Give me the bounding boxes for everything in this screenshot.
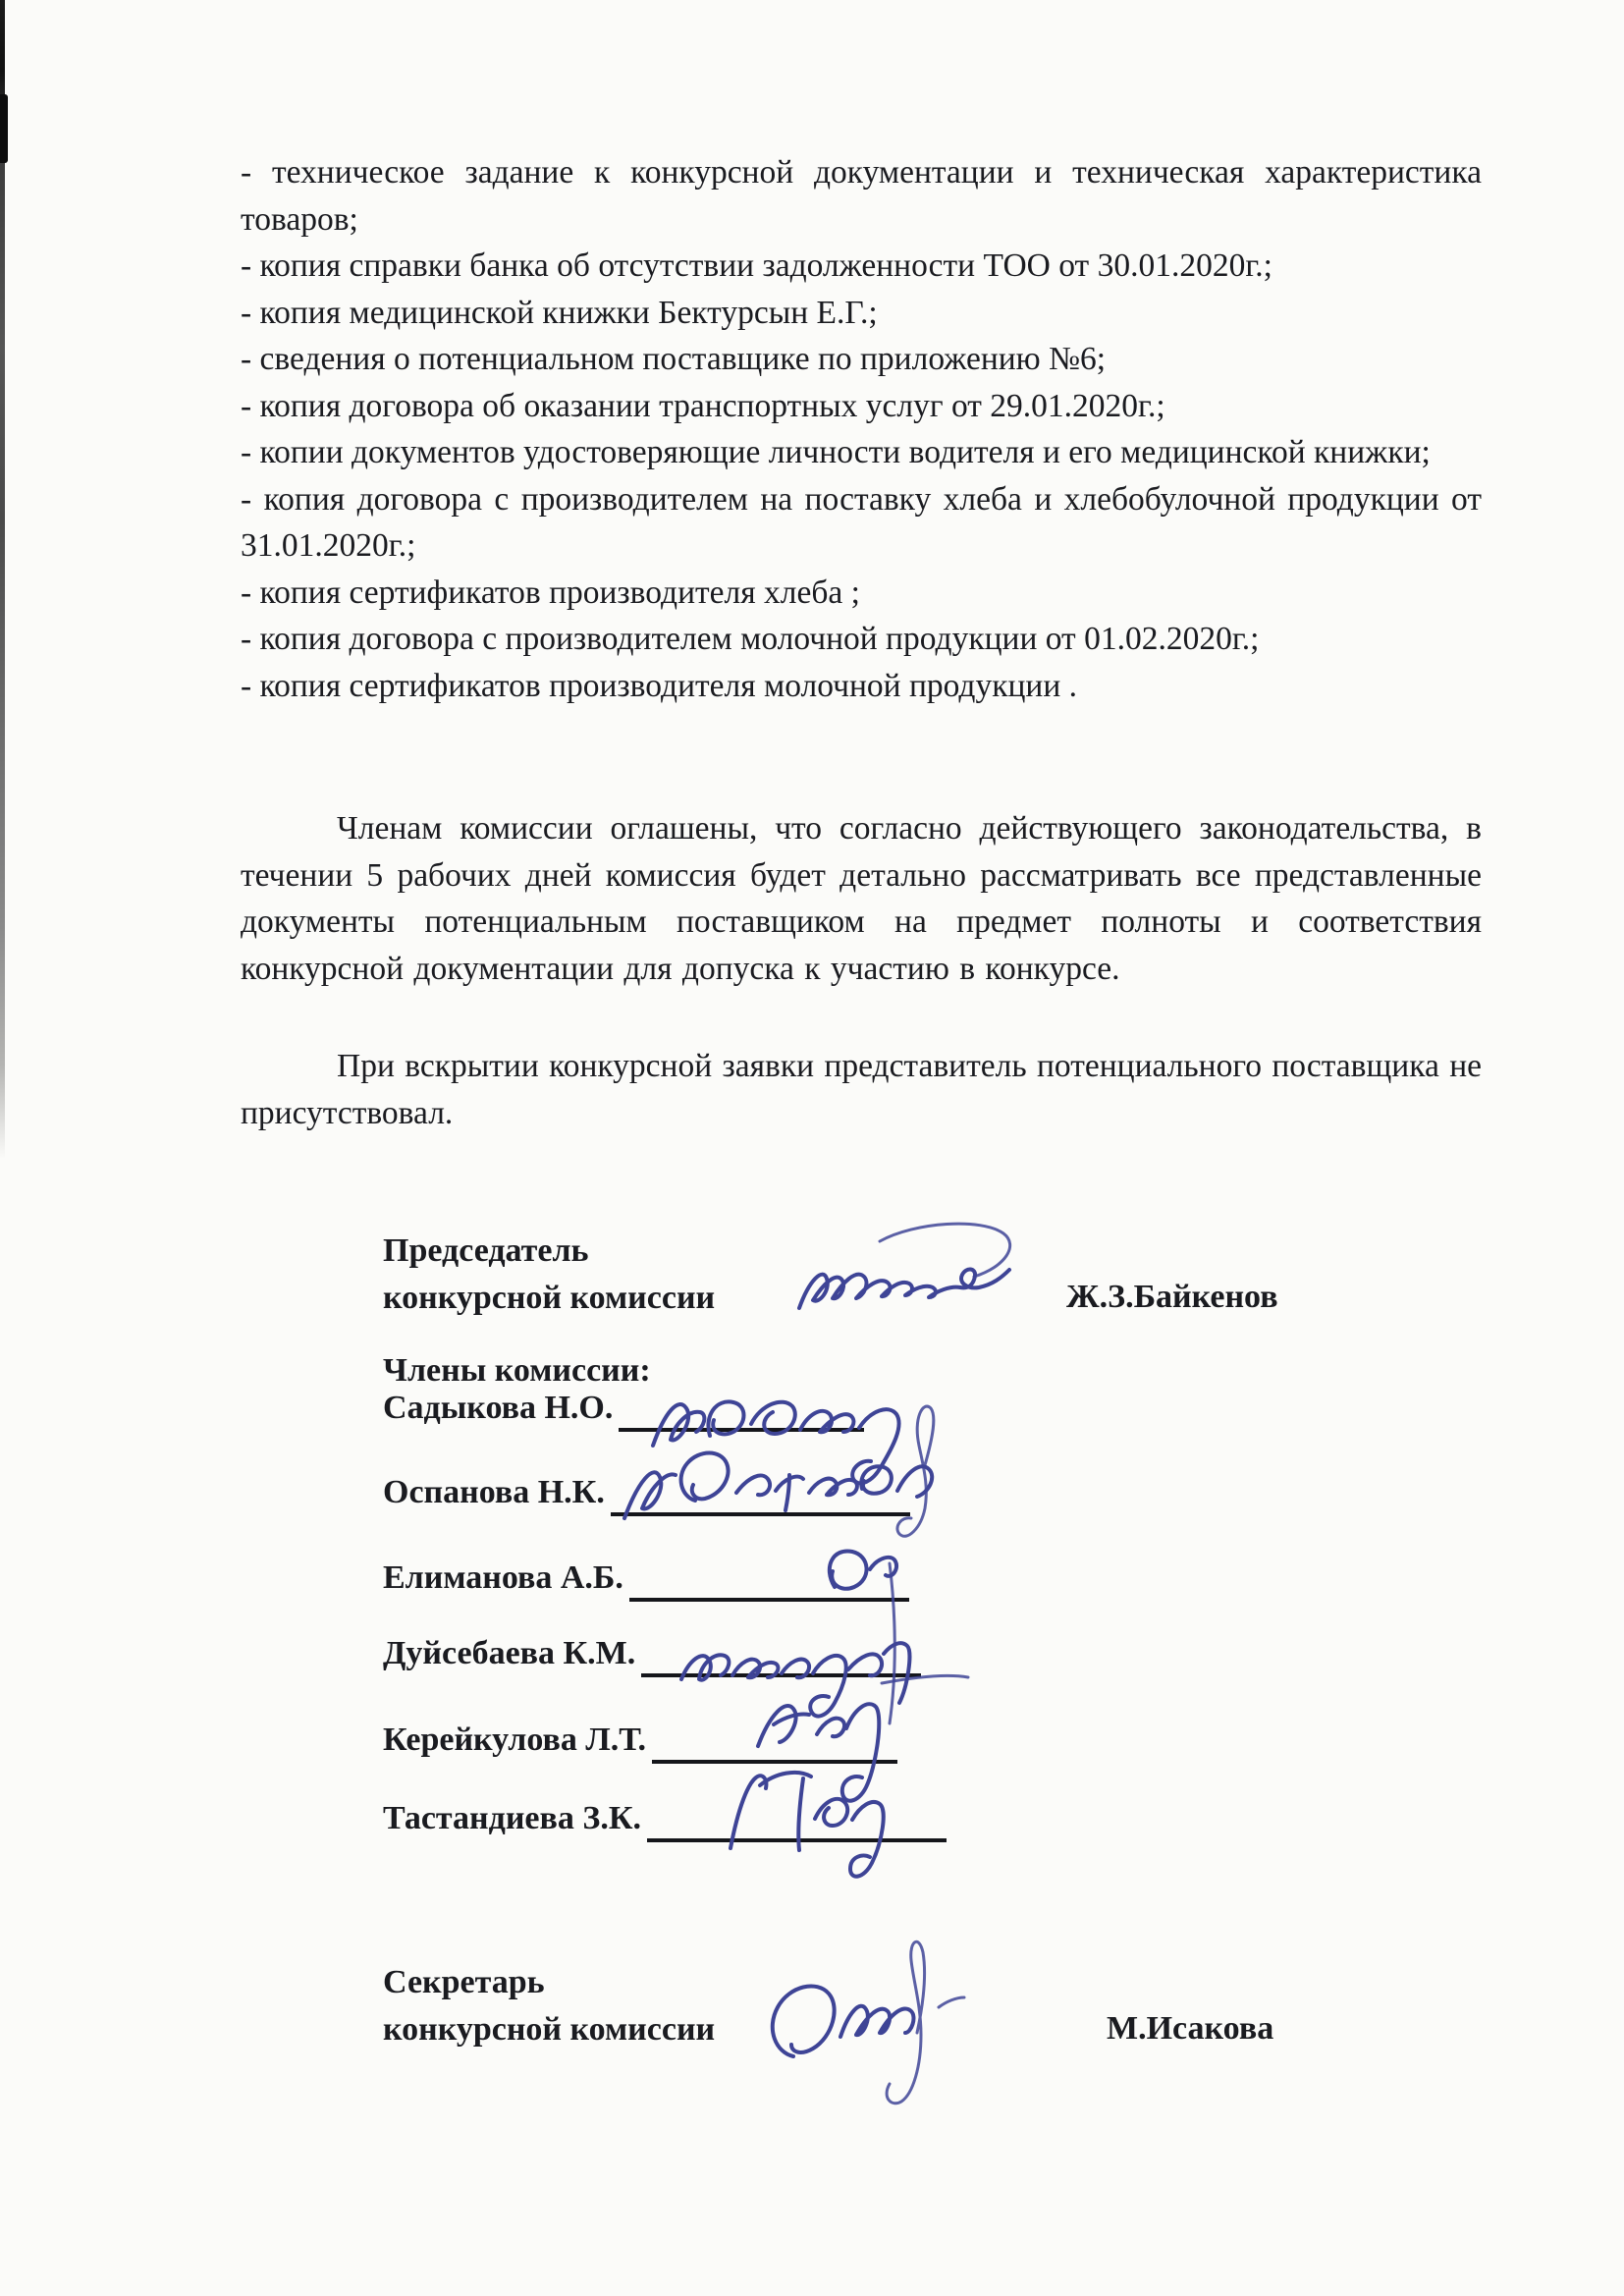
member-signature-row: Елиманова А.Б. xyxy=(383,1555,909,1602)
list-item: - копии документов удостоверяющие личнос… xyxy=(241,429,1482,476)
list-item: - техническое задание к конкурсной докум… xyxy=(241,149,1482,243)
list-item: - копия сертификатов производителя хлеба… xyxy=(241,570,1482,617)
member-name: Садыкова Н.О. xyxy=(383,1390,613,1426)
scanner-edge-blob xyxy=(0,94,8,163)
list-item: - копия сертификатов производителя молоч… xyxy=(241,663,1482,710)
secretary-role-line1: Секретарь xyxy=(383,1959,715,2006)
member-name: Оспанова Н.К. xyxy=(383,1474,605,1510)
signature-line xyxy=(641,1673,921,1677)
chairman-handwritten-signature xyxy=(785,1210,1060,1333)
paragraph-review-notice: Членам комиссии оглашены, что согласно д… xyxy=(241,805,1482,992)
chairman-name: Ж.З.Байкенов xyxy=(1066,1274,1278,1321)
member-signature-row: Дуйсебаева К.М. xyxy=(383,1630,921,1677)
signature-line xyxy=(652,1760,897,1764)
member-name: Тастандиева З.К. xyxy=(383,1800,641,1836)
member-signature-row: Тастандиева З.К. xyxy=(383,1795,947,1842)
member-name: Дуйсебаева К.М. xyxy=(383,1635,635,1671)
scanner-edge-artifact xyxy=(0,0,5,1159)
member-signature-row: Оспанова Н.К. xyxy=(383,1469,910,1516)
secretary-role-line2: конкурсной комиссии xyxy=(383,2006,715,2053)
member-signature-row: Керейкулова Л.Т. xyxy=(383,1717,897,1764)
secretary-handwritten-signature xyxy=(734,1937,980,2133)
list-item: - сведения о потенциальном поставщике по… xyxy=(241,336,1482,383)
signature-line xyxy=(619,1428,864,1432)
list-item: - копия договора с производителем на пос… xyxy=(241,476,1482,570)
scanned-document-page: - техническое задание к конкурсной докум… xyxy=(0,0,1624,2296)
chairman-role-label: Председатель конкурсной комиссии xyxy=(383,1228,715,1322)
chairman-role-line1: Председатель xyxy=(383,1228,715,1275)
list-item: - копия договора об оказании транспортны… xyxy=(241,383,1482,430)
chairman-role-line2: конкурсной комиссии xyxy=(383,1275,715,1322)
secretary-name: М.Исакова xyxy=(1107,2005,1273,2052)
list-item: - копия справки банка об отсутствии задо… xyxy=(241,243,1482,290)
list-item: - копия договора с производителем молочн… xyxy=(241,616,1482,663)
list-item: - копия медицинской книжки Бектурсын Е.Г… xyxy=(241,290,1482,337)
secretary-role-label: Секретарь конкурсной комиссии xyxy=(383,1959,715,2053)
signature-line xyxy=(647,1838,947,1842)
paragraph-supplier-absence: При вскрытии конкурсной заявки представи… xyxy=(241,1043,1482,1136)
document-list: - техническое задание к конкурсной докум… xyxy=(241,149,1482,709)
signature-line xyxy=(611,1512,910,1516)
signature-line xyxy=(629,1598,909,1602)
member-name: Елиманова А.Б. xyxy=(383,1559,623,1596)
member-signature-row: Садыкова Н.О. xyxy=(383,1385,864,1432)
member-name: Керейкулова Л.Т. xyxy=(383,1722,646,1758)
